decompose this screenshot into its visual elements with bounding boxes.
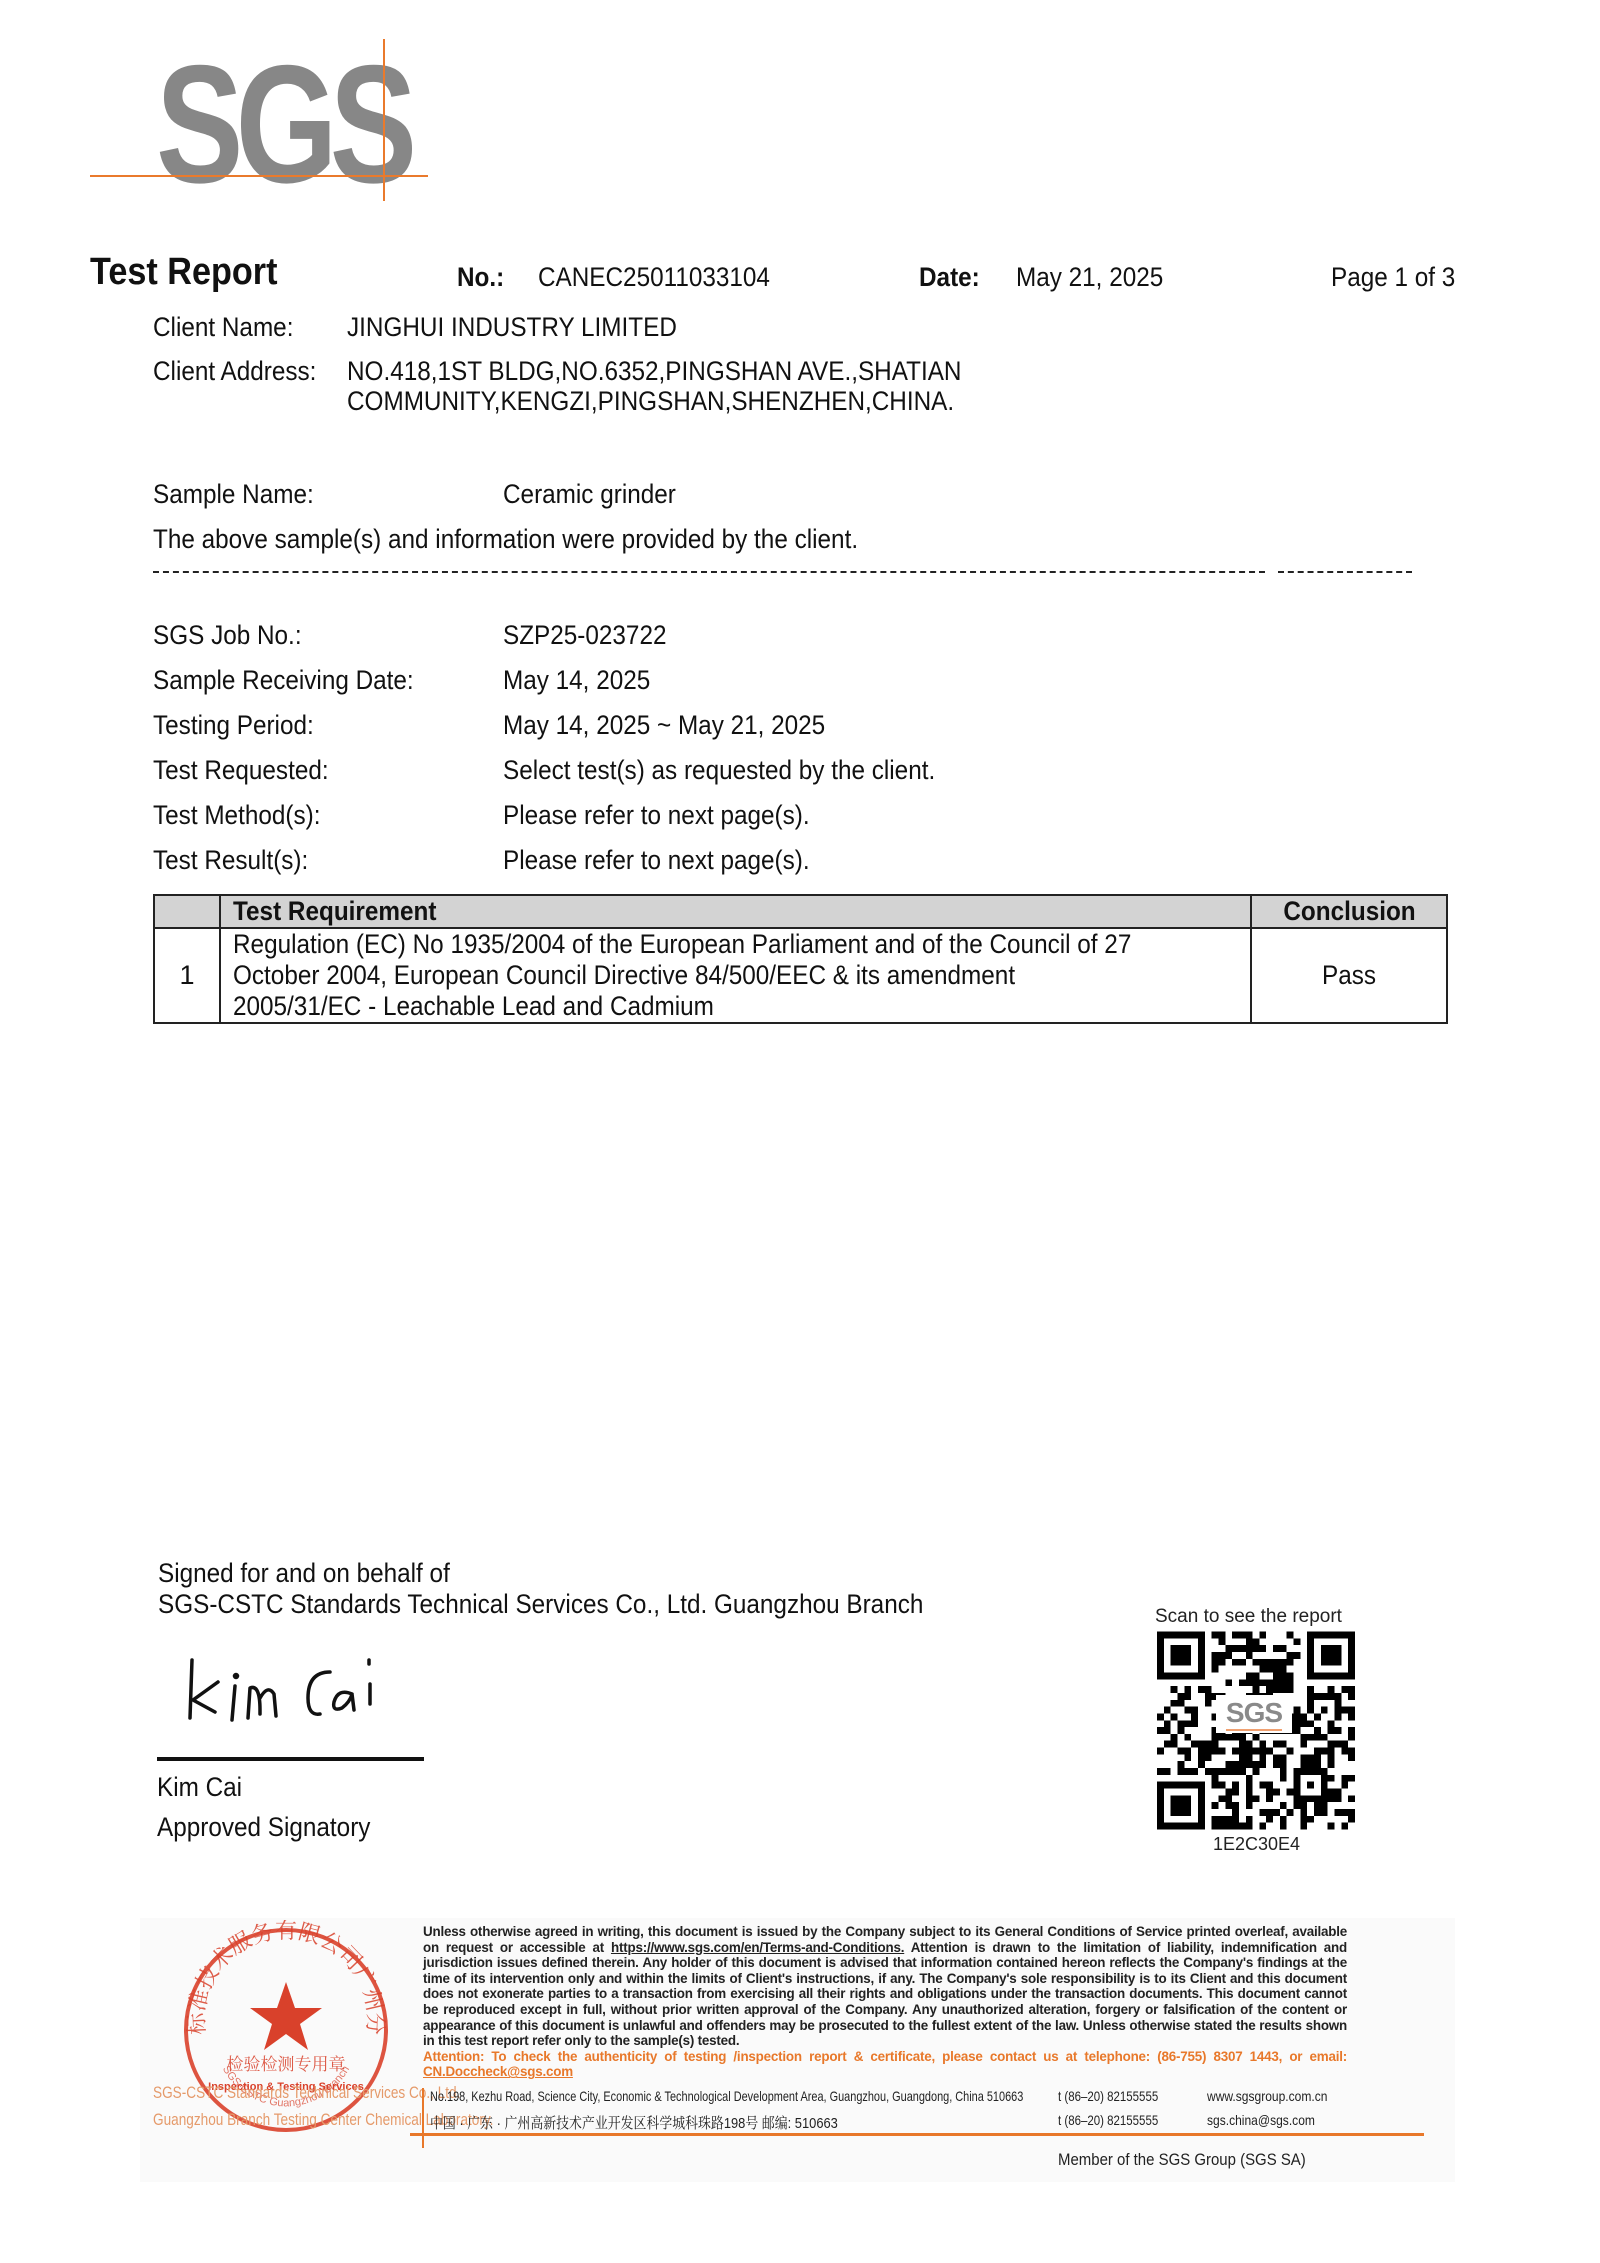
client-address-line2: COMMUNITY,KENGZI,PINGSHAN,SHENZHEN,CHINA… (347, 386, 954, 417)
lab-name-line1: SGS-CSTC Standards Technical Services Co… (153, 2083, 460, 2103)
sample-name-label: Sample Name: (153, 479, 314, 510)
legal-disclaimer: Unless otherwise agreed in writing, this… (423, 1924, 1347, 2080)
footer-address-cn: 中国 · 广东 · 广州高新技术产业开发区科学城科珠路198号 邮编: 5106… (430, 2112, 838, 2133)
row-requirement: Regulation (EC) No 1935/2004 of the Euro… (220, 928, 1251, 1023)
qr-caption: Scan to see the report (1155, 1606, 1342, 1628)
client-address-line1: NO.418,1ST BLDG,NO.6352,PINGSHAN AVE.,SH… (347, 356, 961, 387)
detail-value-test-results: Please refer to next page(s). (503, 845, 810, 876)
detail-value-receiving-date: May 14, 2025 (503, 665, 650, 696)
footer-address-en: No.198, Kezhu Road, Science City, Econom… (430, 2088, 1023, 2104)
logo-vertical-rule (383, 39, 385, 201)
doccheck-email-link[interactable]: CN.Doccheck@sgs.com (423, 2064, 573, 2079)
table-header-row: Test Requirement Conclusion (154, 895, 1447, 928)
footer-phone-2: t (86–20) 82155555 (1058, 2112, 1158, 2128)
client-name: JINGHUI INDUSTRY LIMITED (347, 312, 677, 343)
footer-orange-rule (410, 2133, 1424, 2136)
dashed-divider-tail (1278, 571, 1412, 573)
detail-label-test-methods: Test Method(s): (153, 800, 320, 831)
page-title: Test Report (90, 251, 277, 294)
signatory-title: Approved Signatory (157, 1812, 370, 1843)
detail-label-test-requested: Test Requested: (153, 755, 329, 786)
row-conclusion: Pass (1251, 928, 1447, 1023)
client-name-label: Client Name: (153, 312, 293, 343)
signature-underline (157, 1757, 424, 1761)
report-number: CANEC25011033104 (538, 262, 770, 293)
detail-label-testing-period: Testing Period: (153, 710, 314, 741)
table-row: 1 Regulation (EC) No 1935/2004 of the Eu… (154, 928, 1447, 1023)
handwritten-signature (180, 1650, 420, 1735)
sgs-group-membership: Member of the SGS Group (SGS SA) (1058, 2150, 1306, 2170)
header-test-requirement: Test Requirement (220, 895, 1251, 928)
page-indicator: Page 1 of 3 (1331, 262, 1455, 293)
report-date: May 21, 2025 (1016, 262, 1163, 293)
authenticity-notice: Attention: To check the authenticity of … (423, 2049, 1347, 2064)
row-number: 1 (154, 928, 220, 1023)
detail-label-test-results: Test Result(s): (153, 845, 308, 876)
header-conclusion: Conclusion (1251, 895, 1447, 928)
detail-label-receiving-date: Sample Receiving Date: (153, 665, 414, 696)
results-table: Test Requirement Conclusion 1 Regulation… (153, 894, 1448, 1024)
client-address-label: Client Address: (153, 356, 316, 387)
footer-website-link[interactable]: www.sgsgroup.com.cn (1207, 2088, 1327, 2104)
detail-label-job-no: SGS Job No.: (153, 620, 302, 651)
detail-value-testing-period: May 14, 2025 ~ May 21, 2025 (503, 710, 825, 741)
qr-code-id: 1E2C30E4 (1213, 1834, 1300, 1855)
detail-value-job-no: SZP25-023722 (503, 620, 666, 651)
signed-for-label: Signed for and on behalf of (158, 1558, 450, 1589)
terms-link[interactable]: https://www.sgs.com/en/Terms-and-Conditi… (611, 1940, 904, 1955)
sample-name: Ceramic grinder (503, 479, 676, 510)
signing-company: SGS-CSTC Standards Technical Services Co… (158, 1589, 923, 1620)
detail-value-test-methods: Please refer to next page(s). (503, 800, 810, 831)
sgs-logo-text: SGS (156, 40, 409, 208)
footer-phone-1: t (86–20) 82155555 (1058, 2088, 1158, 2104)
logo-horizontal-rule (90, 175, 428, 177)
svg-text:检验检测专用章: 检验检测专用章 (227, 2054, 346, 2075)
header-no (154, 895, 220, 928)
official-stamp-icon: 通标标准技术服务有限公司广州分公司 检验检测专用章 Inspection & T… (176, 1920, 396, 2140)
footer-email-link[interactable]: sgs.china@sgs.com (1207, 2112, 1315, 2128)
dashed-divider (153, 571, 1265, 573)
detail-value-test-requested: Select test(s) as requested by the clien… (503, 755, 935, 786)
report-number-label: No.: (457, 262, 504, 293)
signatory-name: Kim Cai (157, 1772, 242, 1803)
sample-provided-note: The above sample(s) and information were… (153, 524, 858, 555)
qr-center-logo: SGS (1216, 1695, 1292, 1733)
report-date-label: Date: (919, 262, 980, 293)
footer-orange-tick (422, 2088, 424, 2148)
